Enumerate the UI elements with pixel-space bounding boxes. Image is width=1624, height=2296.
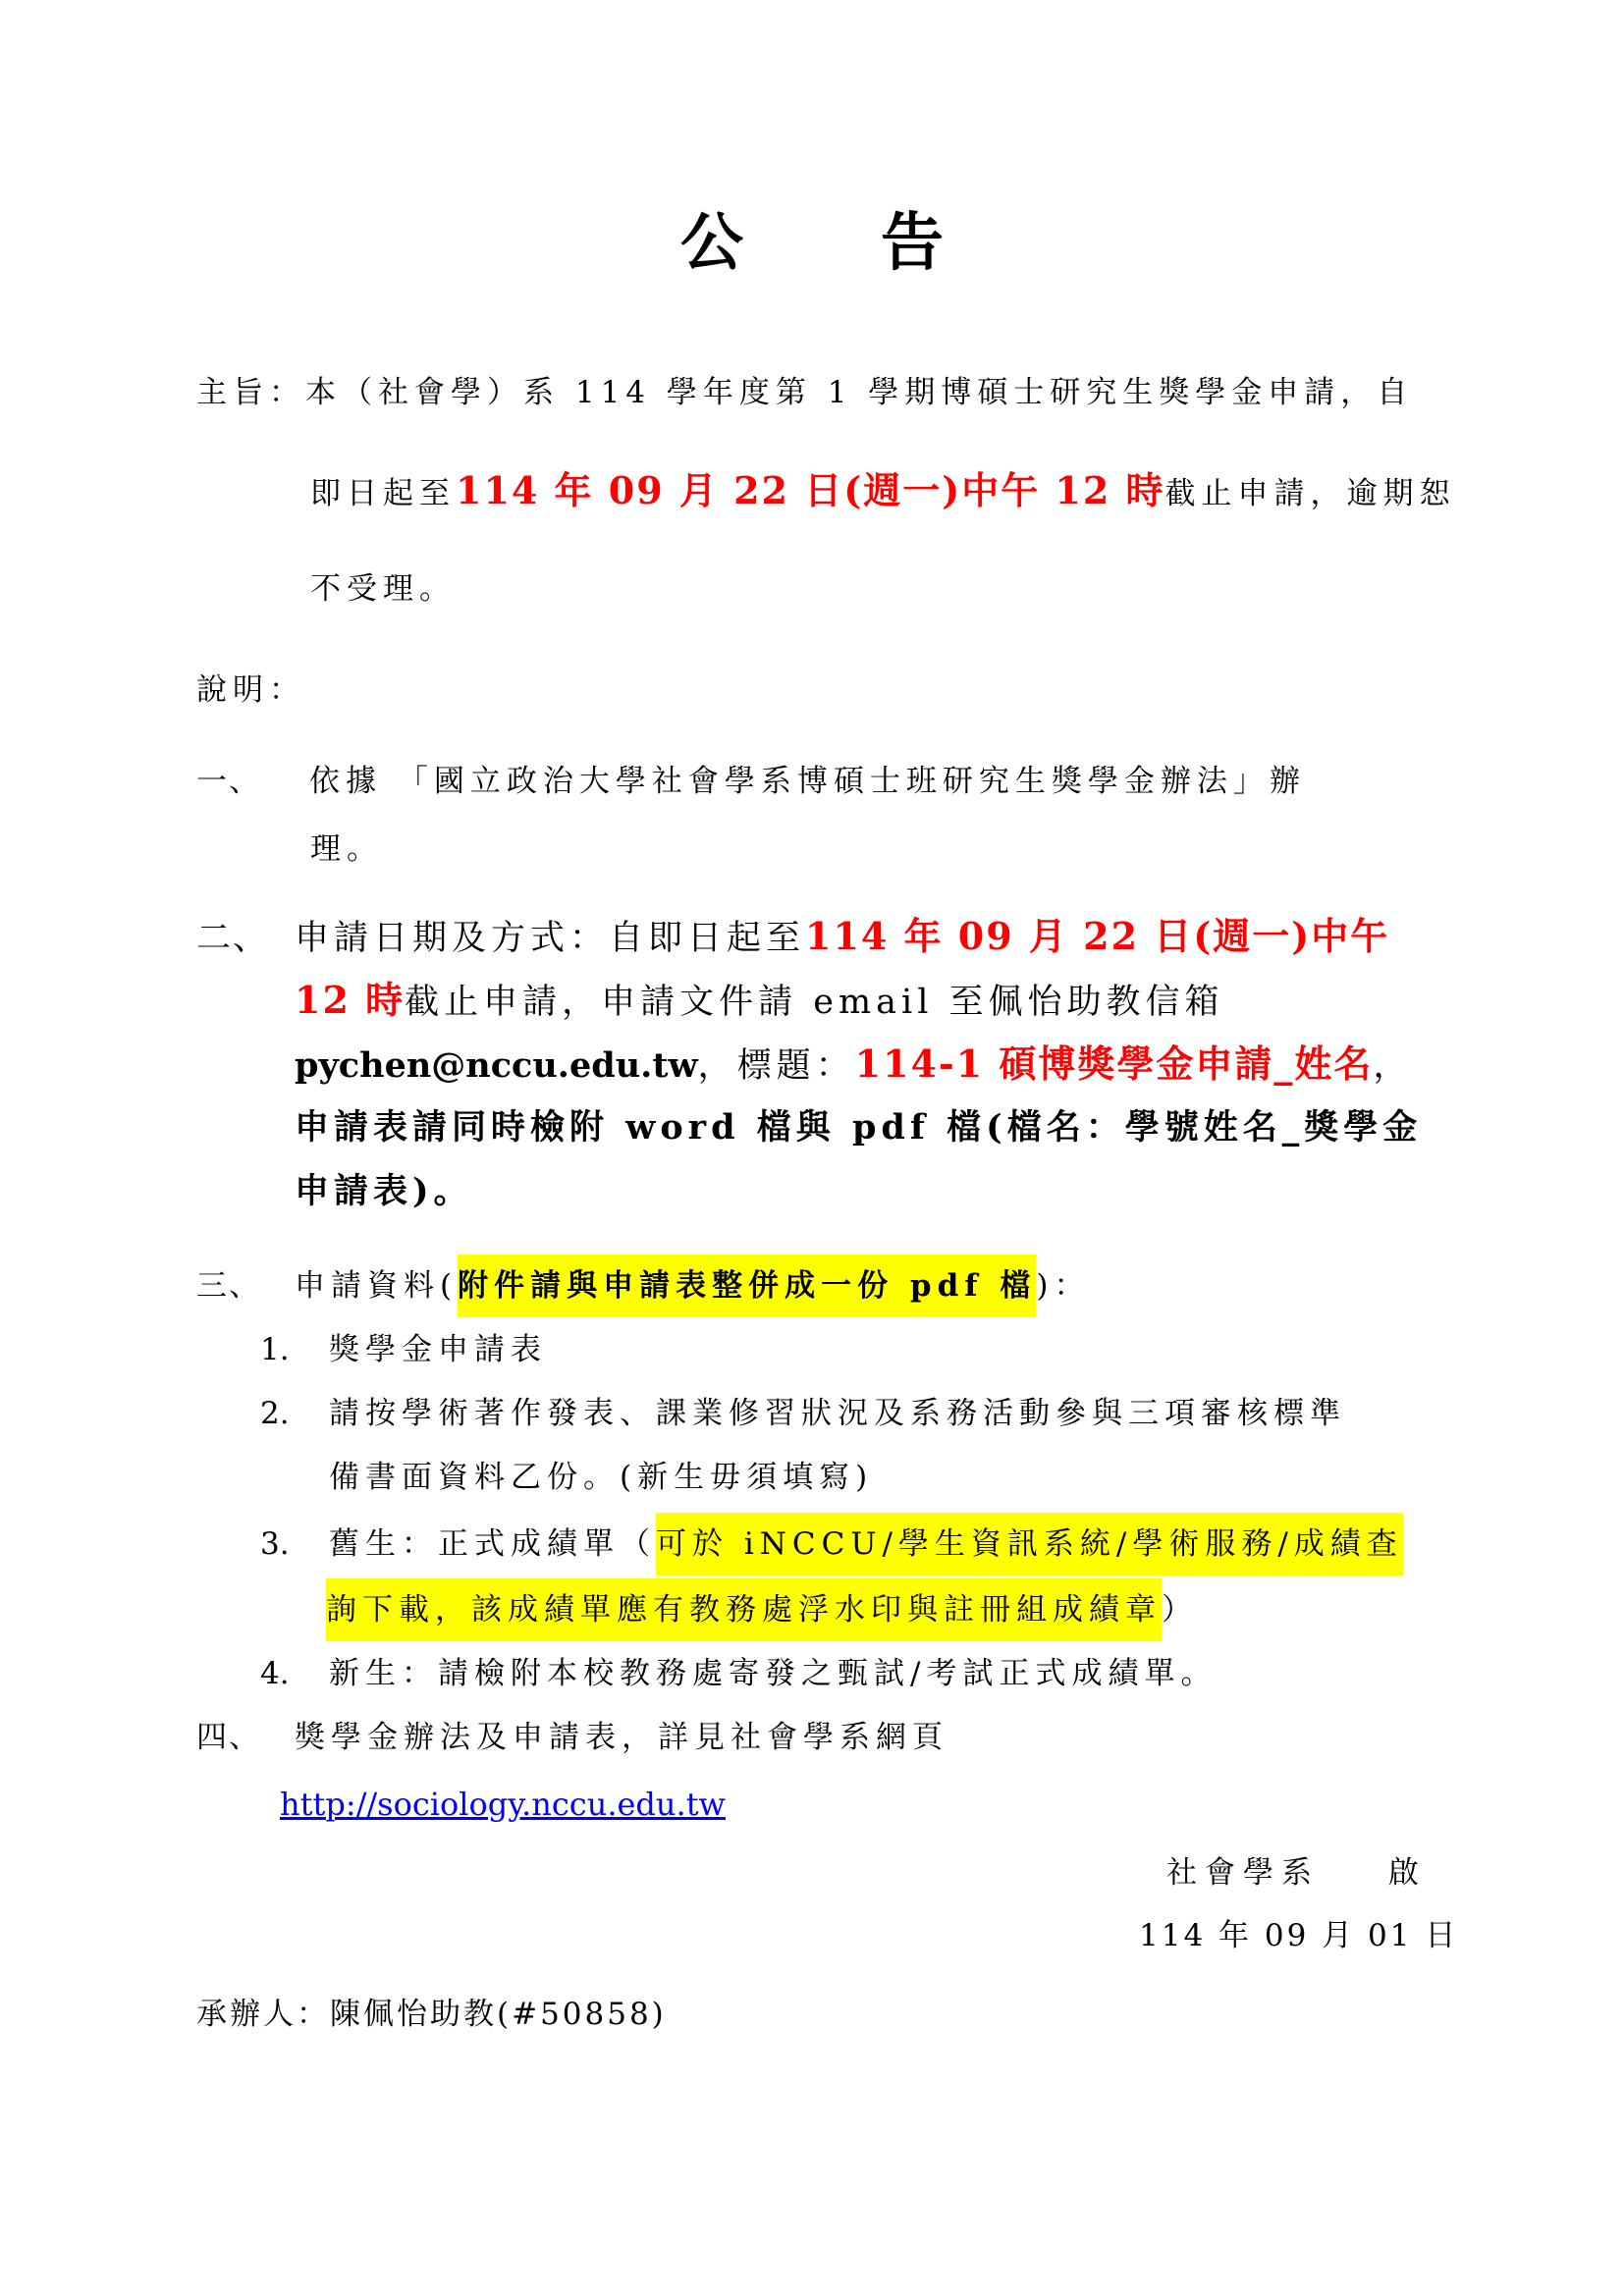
- section-three-line: 三、申請資料(附件請與申請表整併成一份 pdf 檔)：: [196, 1266, 1091, 1306]
- item-3-highlight-1: 可於 iNCCU/學生資訊系統/學術服務/成績查: [656, 1513, 1403, 1575]
- section-one-marker: 一、: [196, 762, 309, 801]
- item-4-text: 新生：請檢附本校教務處寄發之甄試/考試正式成績單。: [329, 1656, 1217, 1691]
- item-2: 2.請按學術著作發表、課業修習狀況及系務活動參與三項審核標準: [260, 1394, 1346, 1433]
- section-two-line-3: pychen@nccu.edu.tw，標題：114-1 碩博獎學金申請_姓名，: [295, 1042, 1412, 1088]
- title-char-2: 告: [881, 204, 944, 283]
- section-three-highlight: 附件請與申請表整併成一份 pdf 檔: [458, 1255, 1036, 1317]
- item-1: 1.獎學金申請表: [260, 1330, 547, 1369]
- email-subject-format: 114-1 碩博獎學金申請_姓名: [855, 1041, 1374, 1086]
- subject-label: ，標題：: [698, 1046, 855, 1086]
- section-two-line-1: 二、申請日期及方式：自即日起至114 年 09 月 22 日(週一)中午: [196, 915, 1389, 960]
- section-one-text: 依據 「國立政治大學社會學系博碩士班研究生獎學金辦法」辦: [309, 764, 1306, 799]
- explanation-label: 說明：: [196, 670, 305, 710]
- section-two-marker: 二、: [196, 917, 295, 960]
- contact-email[interactable]: pychen@nccu.edu.tw: [295, 1045, 698, 1086]
- section-two-deadline-cont: 12 時: [295, 978, 405, 1022]
- item-3-prefix: 舊生：正式成績單（: [329, 1526, 656, 1562]
- subject-suffix: 截止申請，逾期恕: [1165, 476, 1456, 511]
- item-3: 3.舊生：正式成績單（可於 iNCCU/學生資訊系統/學術服務/成績查: [260, 1524, 1403, 1564]
- item-3-continuation: 詢下載，該成績單應有教務處浮水印與註冊組成績章）: [326, 1590, 1198, 1629]
- subject-line-2: 即日起至114 年 09 月 22 日(週一)中午 12 時截止申請，逾期恕: [310, 471, 1456, 513]
- title-char-1: 公: [680, 204, 743, 283]
- subject-line-1: 主旨：本（社會學）系 114 學年度第 1 學期博碩士研究生獎學金申請，自: [196, 373, 1413, 412]
- section-two-deadline: 114 年 09 月 22 日(週一)中午: [805, 914, 1389, 958]
- item-3-number: 3.: [260, 1524, 329, 1564]
- item-2-continuation: 備書面資料乙份。(新生毋須填寫): [329, 1458, 873, 1497]
- subject-line-3: 不受理。: [310, 569, 456, 609]
- section-two-prefix: 申請日期及方式：自即日起至: [295, 919, 805, 958]
- signature-closing: 啟: [1388, 1855, 1427, 1891]
- deadline-text: 114 年 09 月 22 日(週一)中午 12 時: [456, 468, 1165, 512]
- signature-line: 社會學系啟: [1166, 1853, 1427, 1893]
- page-title: 公告: [0, 204, 1624, 283]
- item-2-text: 請按學術著作發表、課業修習狀況及系務活動參與三項審核標準: [329, 1396, 1346, 1431]
- section-three-marker: 三、: [196, 1266, 295, 1306]
- section-four-line: 四、獎學金辦法及申請表，詳見社會學系網頁: [196, 1718, 948, 1757]
- section-two-line-4: 申請表請同時檢附 word 檔與 pdf 檔(檔名：學號姓名_獎學金: [295, 1106, 1422, 1149]
- section-three-suffix: )：: [1036, 1268, 1090, 1304]
- item-1-text: 獎學金申請表: [329, 1332, 547, 1367]
- section-four-text: 獎學金辦法及申請表，詳見社會學系網頁: [295, 1720, 948, 1755]
- section-four-marker: 四、: [196, 1718, 295, 1757]
- item-4: 4.新生：請檢附本校教務處寄發之甄試/考試正式成績單。: [260, 1654, 1217, 1693]
- section-one-line-2: 理。: [310, 829, 383, 869]
- item-3-suffix: ）: [1162, 1592, 1198, 1628]
- item-2-number: 2.: [260, 1394, 329, 1433]
- comma: ，: [1373, 1046, 1412, 1086]
- signature-dept: 社會學系: [1166, 1855, 1320, 1891]
- website-link[interactable]: http://sociology.nccu.edu.tw: [280, 1786, 726, 1823]
- section-two-line-5: 申請表)。: [295, 1170, 473, 1213]
- item-4-number: 4.: [260, 1654, 329, 1693]
- item-3-highlight-2: 詢下載，該成績單應有教務處浮水印與註冊組成績章: [326, 1578, 1162, 1641]
- section-one-line-1: 一、依據 「國立政治大學社會學系博碩士班研究生獎學金辦法」辦: [196, 762, 1306, 801]
- website-link-line: http://sociology.nccu.edu.tw: [280, 1785, 726, 1825]
- section-two-line-2: 12 時截止申請，申請文件請 email 至佩怡助教信箱: [295, 979, 1224, 1024]
- section-two-line-2-text: 截止申請，申請文件請 email 至佩怡助教信箱: [405, 983, 1223, 1022]
- subject-prefix: 即日起至: [310, 476, 456, 511]
- section-three-prefix: 申請資料(: [295, 1268, 458, 1304]
- contact-person: 承辦人：陳佩怡助教(#50858): [196, 1995, 667, 2034]
- item-1-number: 1.: [260, 1330, 329, 1369]
- signature-date: 114 年 09 月 01 日: [1139, 1916, 1458, 1955]
